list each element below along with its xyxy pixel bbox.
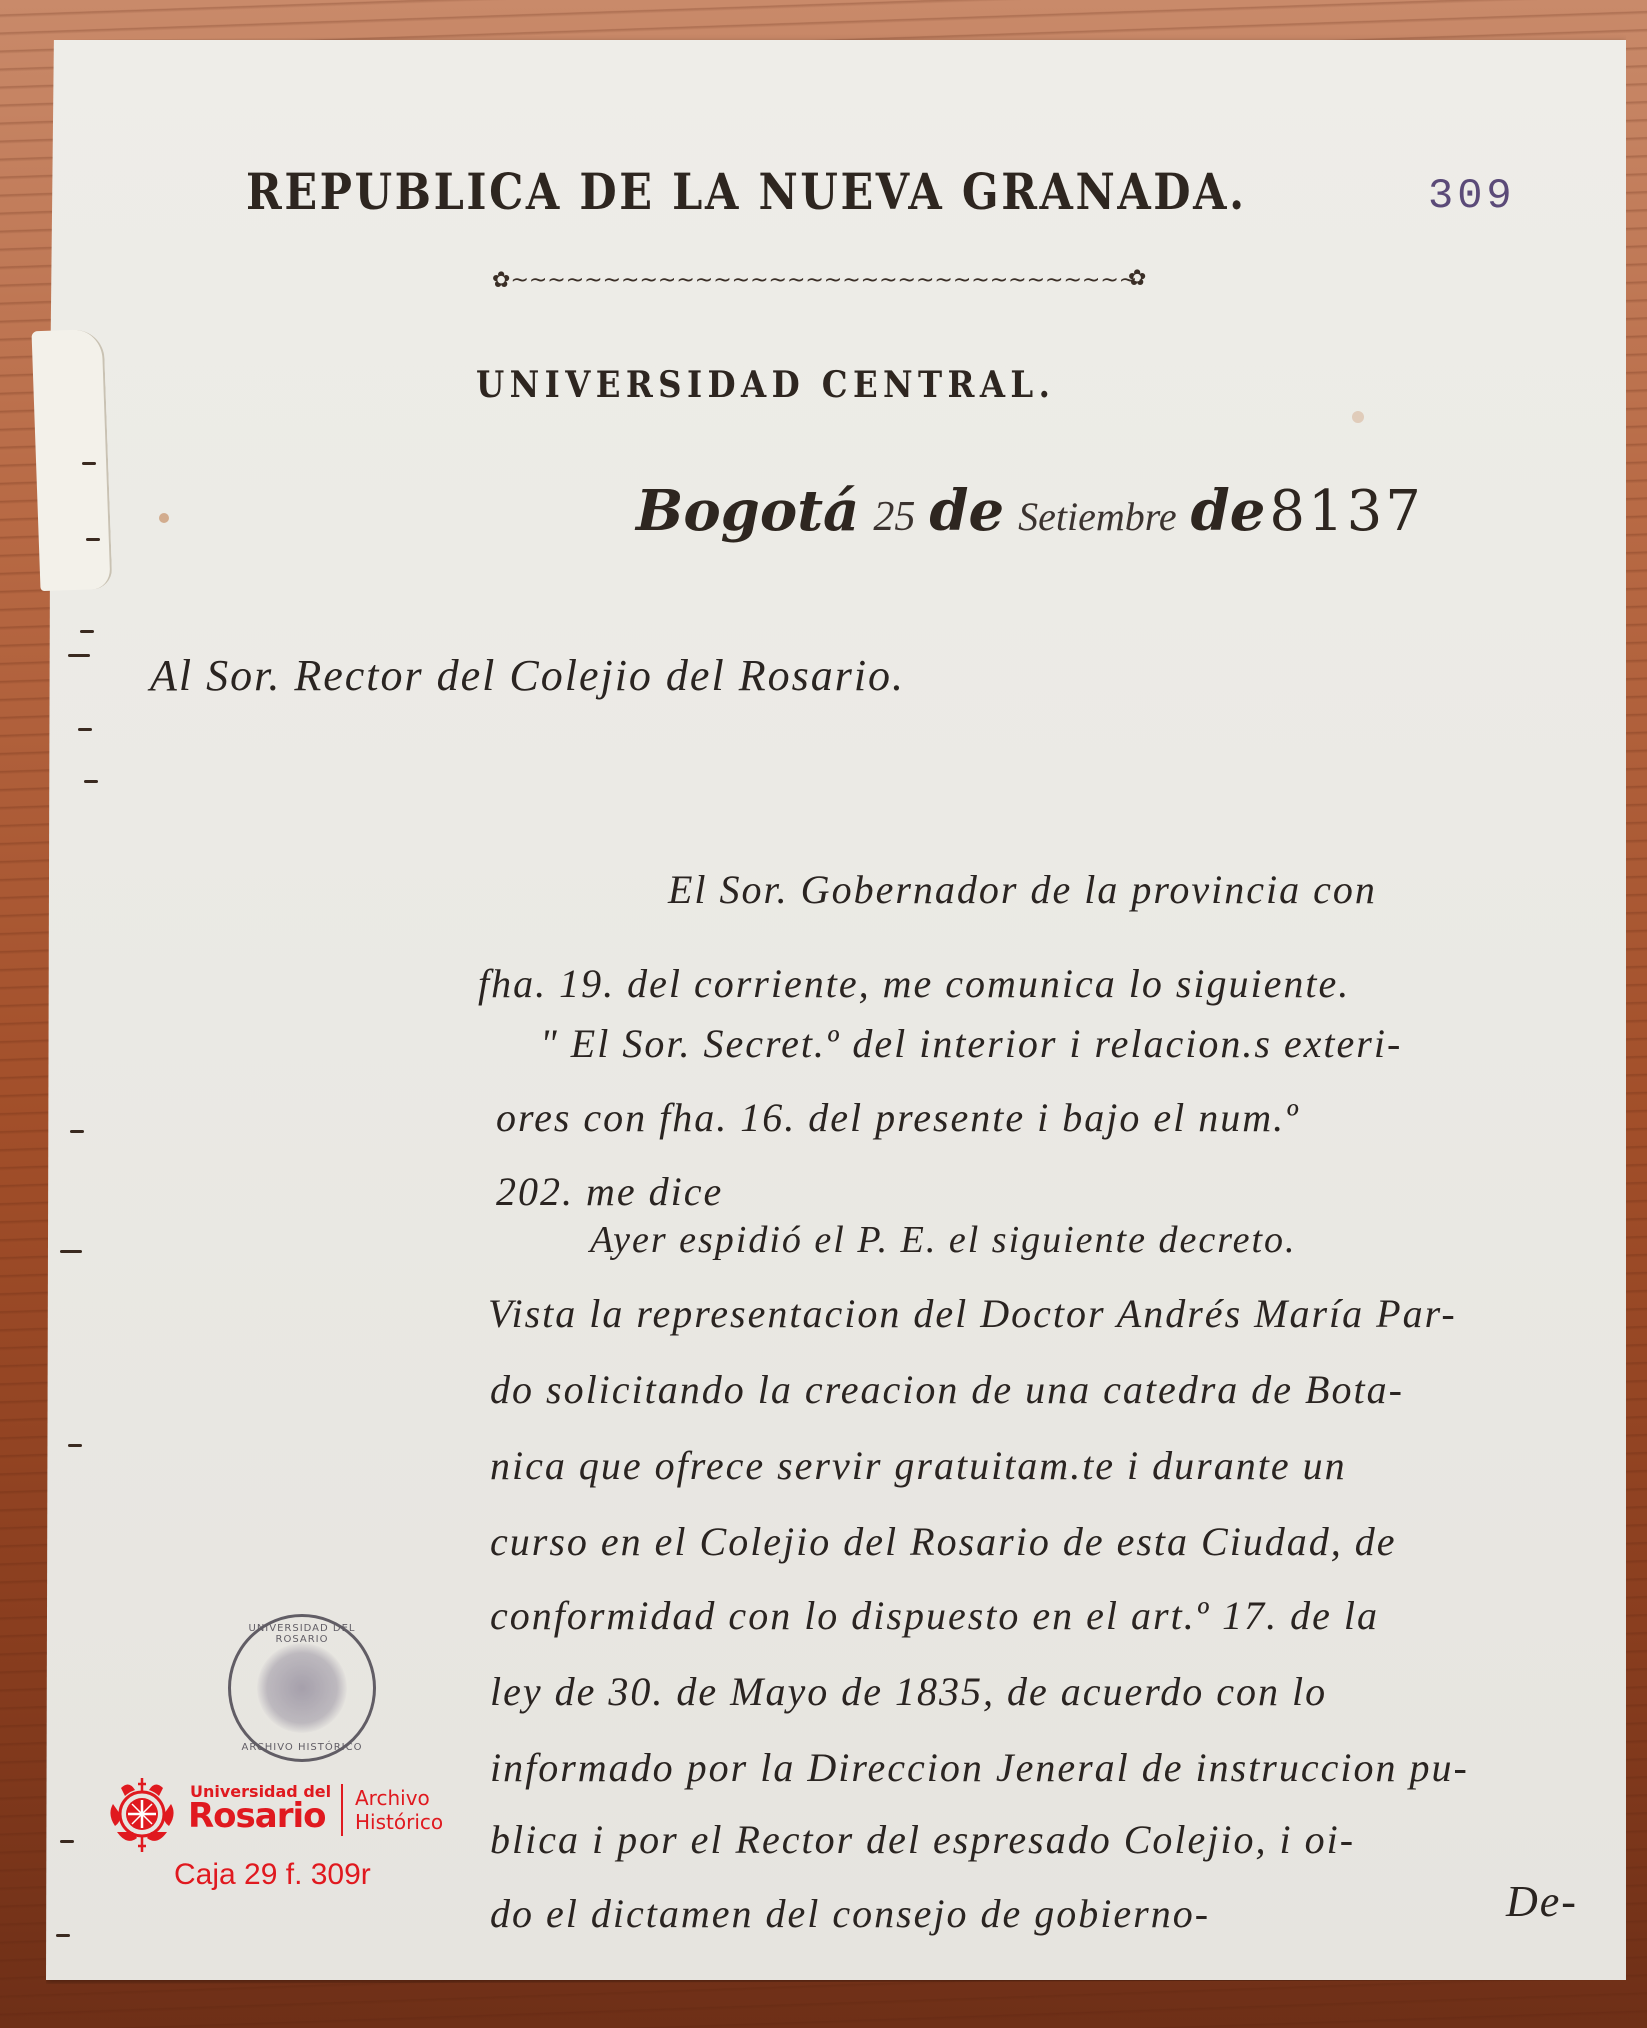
archive-reference: Caja 29 f. 309r: [174, 1858, 371, 1892]
logo-divider: [341, 1784, 343, 1836]
binding-hole: [60, 1840, 74, 1843]
binding-hole: [82, 462, 96, 465]
ornament-flower-icon: ✿: [492, 268, 510, 290]
letter-line: nica que ofrece servir gratuitam.te i du…: [490, 1442, 1347, 1489]
letterhead-subtitle: UNIVERSIDAD CENTRAL.: [476, 364, 1055, 406]
date-city: Bogotá: [636, 478, 859, 544]
ornament-wave: ~~~~~~~~~~~~~~~~~~~~~~~~~~~~~~~~~~~~~~~~…: [510, 268, 1142, 290]
letter-line: 202. me dice: [496, 1168, 723, 1215]
letter-line: ores con fha. 16. del presente i bajo el…: [496, 1094, 1300, 1141]
date-month: Setiembre: [1018, 494, 1176, 539]
archive-logo: Universidad del Rosario Archivo Históric…: [103, 1774, 463, 1854]
letter-line: do solicitando la creacion de una catedr…: [490, 1366, 1404, 1413]
binding-hole: [86, 538, 100, 541]
letter-line: Vista la representacion del Doctor André…: [488, 1290, 1457, 1337]
torn-paper-edge: [31, 329, 112, 591]
binding-hole: [70, 1130, 84, 1133]
foxing-spot: [1352, 411, 1364, 423]
binding-hole: [78, 728, 92, 731]
ornamental-rule: ✿~~~~~~~~~~~~~~~~~~~~~~~~~~~~~~~~~~~~~~~…: [492, 268, 1142, 290]
date-de: de: [1191, 478, 1266, 544]
addressee-line: Al Sor. Rector del Colejio del Rosario.: [150, 650, 905, 701]
logo-archive-line1: Archivo: [355, 1786, 443, 1810]
letter-line: El Sor. Gobernador de la provincia con: [668, 866, 1377, 913]
catchword: De-: [1506, 1876, 1578, 1927]
coat-of-arms-icon: [257, 1643, 347, 1733]
university-crest-icon: [103, 1774, 181, 1852]
date-line: Bogotá 25 de Setiembre de 8137: [636, 478, 1424, 544]
letter-line: blica i por el Rector del espresado Cole…: [490, 1816, 1355, 1863]
letterhead-title: REPUBLICA DE LA NUEVA GRANADA.: [246, 162, 1247, 221]
binding-hole: [80, 630, 94, 633]
archive-ink-stamp: UNIVERSIDAD DEL ROSARIO ARCHIVO HISTÓRIC…: [228, 1614, 376, 1762]
binding-hole: [56, 1934, 70, 1937]
ornament-flower-icon: ✿: [1128, 266, 1146, 291]
date-de: de: [929, 478, 1004, 544]
binding-hole: [60, 1250, 82, 1253]
letter-line: do el dictamen del consejo de gobierno-: [490, 1890, 1210, 1937]
letter-line: curso en el Colejio del Rosario de esta …: [490, 1518, 1397, 1565]
folio-number-stamp: 309: [1428, 172, 1516, 220]
binding-hole: [68, 1444, 82, 1447]
stamp-top-text: UNIVERSIDAD DEL ROSARIO: [231, 1623, 373, 1645]
binding-hole: [68, 654, 90, 657]
logo-archive-line2: Histórico: [355, 1810, 443, 1834]
logo-archive-label: Archivo Histórico: [355, 1786, 443, 1834]
logo-university-line2: Rosario: [188, 1796, 326, 1836]
letter-line: informado por la Direccion Jeneral de in…: [490, 1744, 1469, 1791]
letter-line: ley de 30. de Mayo de 1835, de acuerdo c…: [490, 1668, 1327, 1715]
binding-hole: [84, 780, 98, 783]
date-day: 25: [873, 494, 915, 540]
date-year: 8137: [1269, 479, 1424, 544]
letter-line: " El Sor. Secret.º del interior i relaci…: [540, 1020, 1402, 1067]
stamp-bottom-text: ARCHIVO HISTÓRICO: [231, 1742, 373, 1753]
letter-line: Ayer espidió el P. E. el siguiente decre…: [590, 1218, 1297, 1262]
letter-line: fha. 19. del corriente, me comunica lo s…: [478, 960, 1350, 1007]
letter-line: conformidad con lo dispuesto en el art.º…: [490, 1592, 1379, 1639]
foxing-spot: [159, 513, 169, 523]
